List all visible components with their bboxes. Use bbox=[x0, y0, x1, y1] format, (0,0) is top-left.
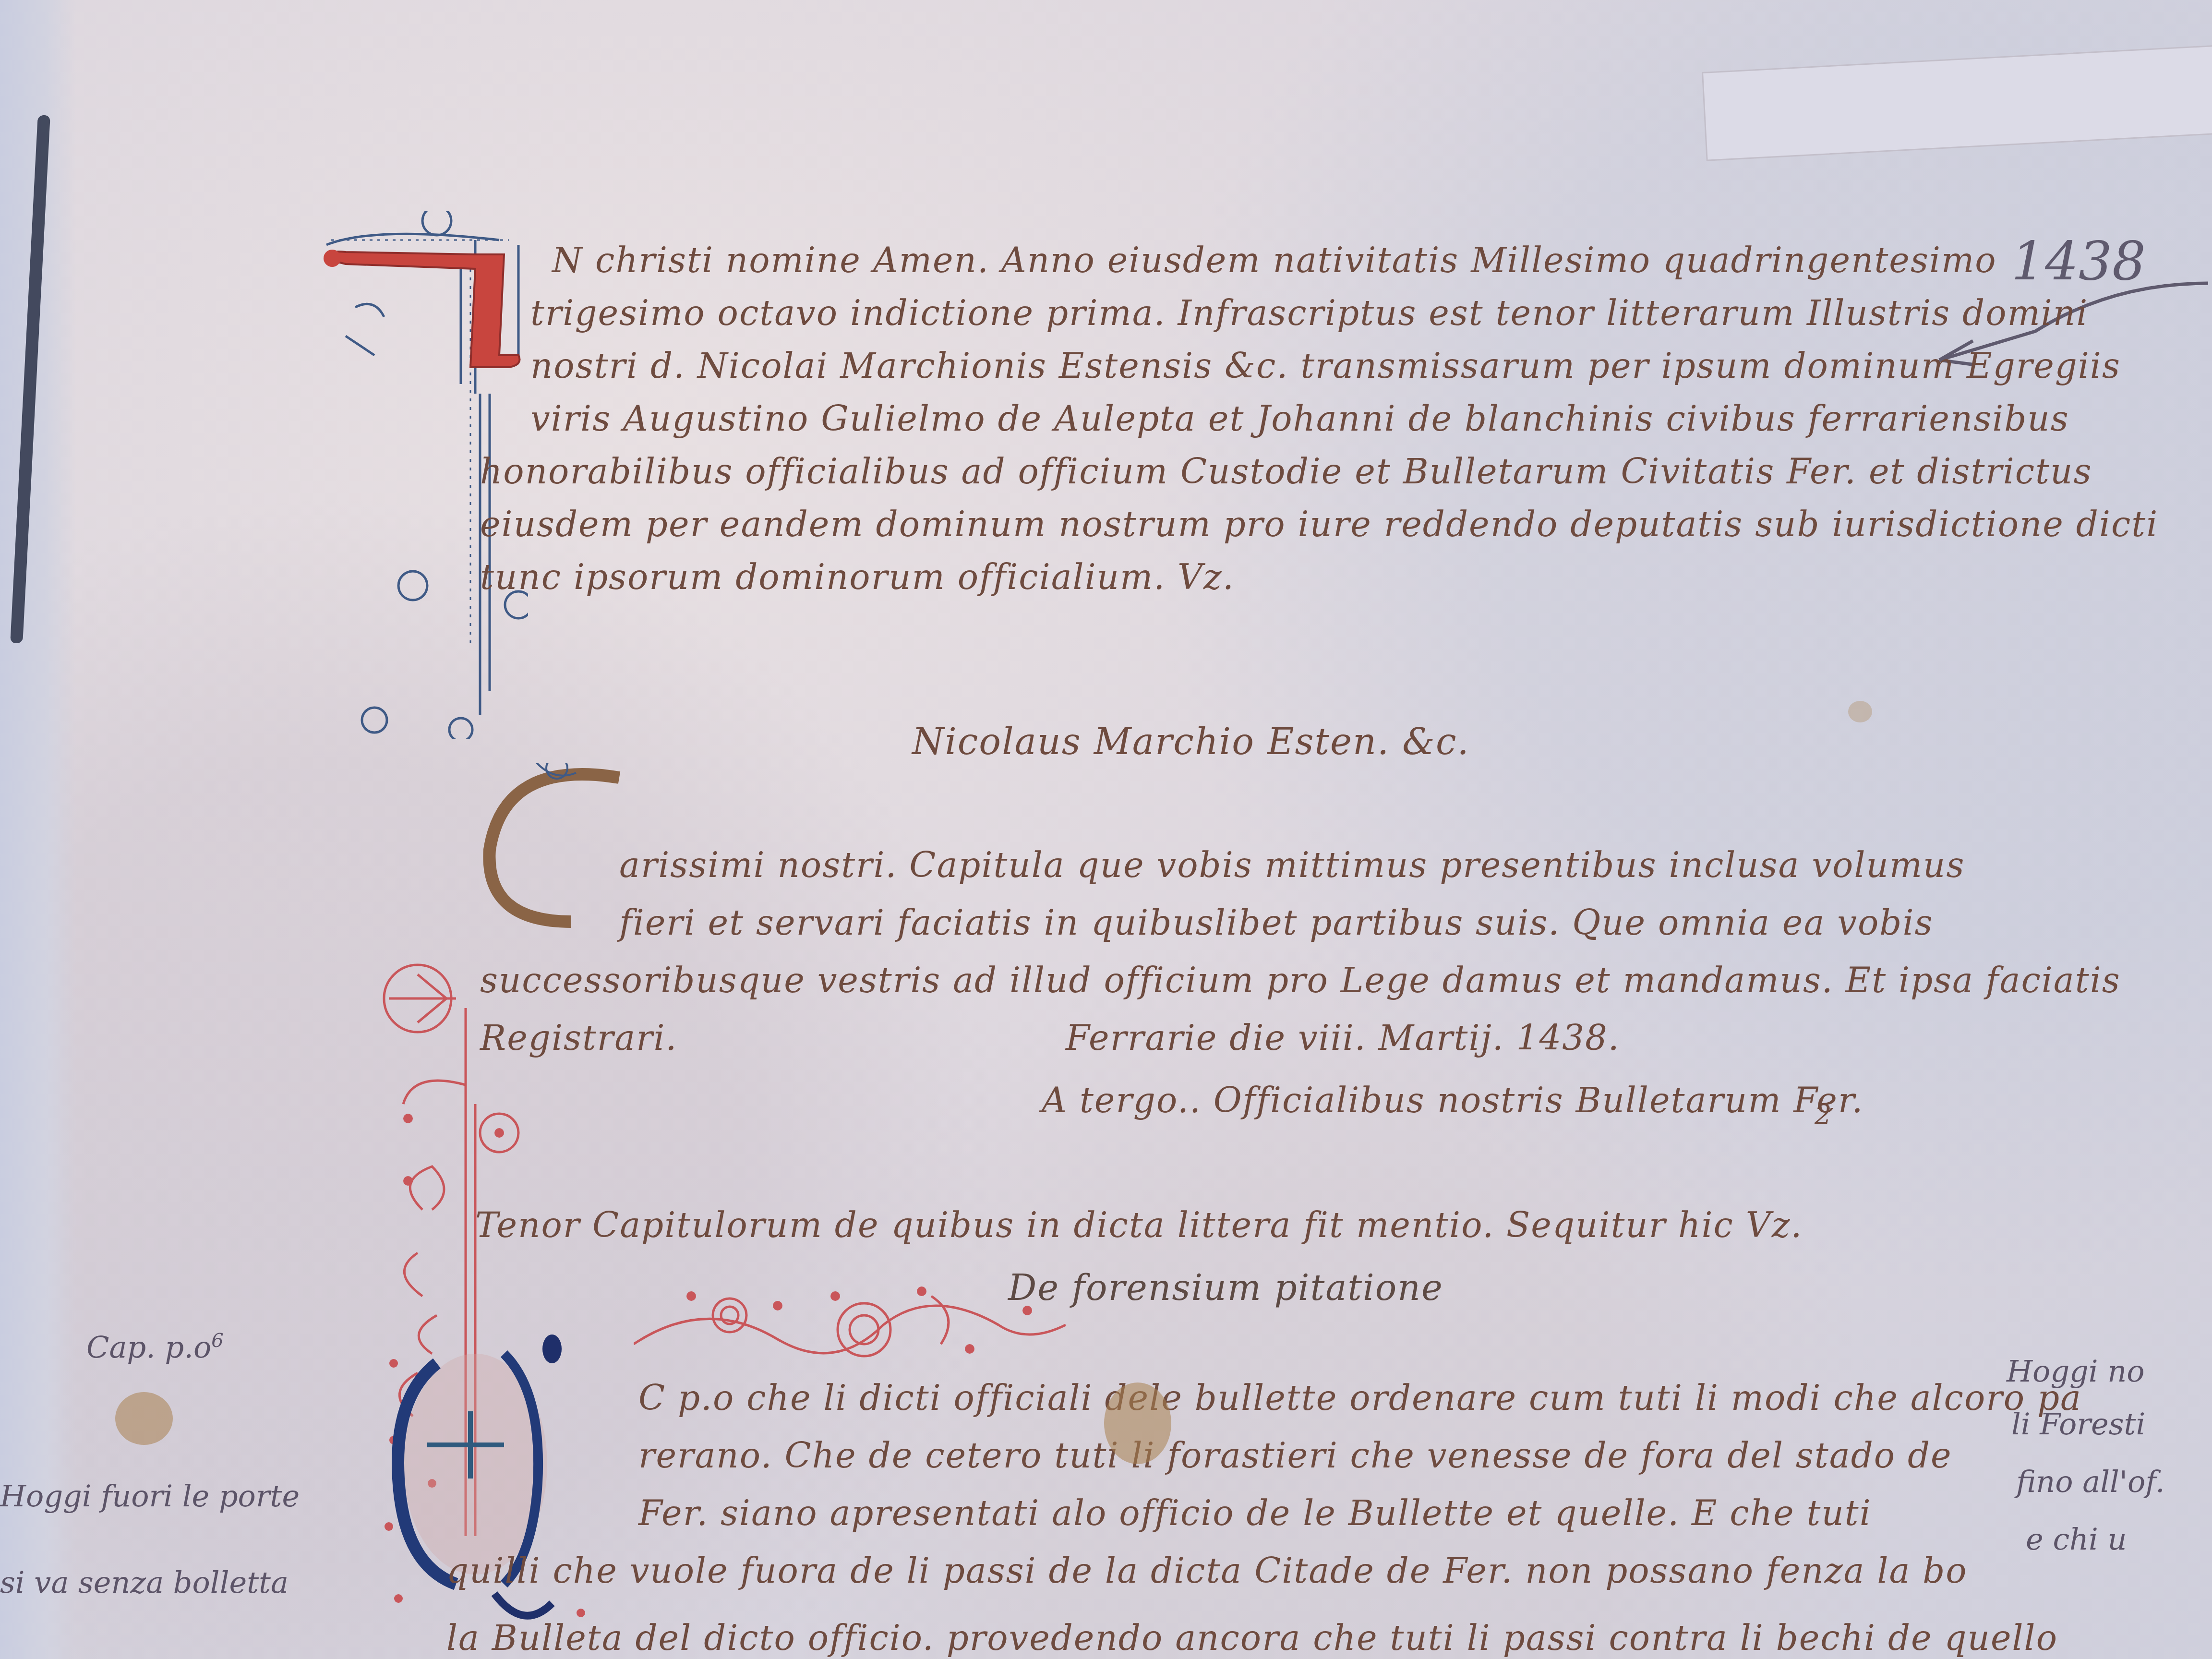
ink-stain bbox=[1104, 1382, 1171, 1464]
margin-note-line: Hoggi no bbox=[2007, 1354, 2145, 1389]
text-line: nostri d. Nicolai Marchionis Estensis &c… bbox=[530, 346, 2121, 386]
margin-note-line: e chi u bbox=[2026, 1522, 2127, 1557]
margin-chapter-sup: 6 bbox=[211, 1330, 223, 1352]
address-mark: 2 bbox=[1815, 1099, 1833, 1130]
date-line: Ferrarie die viii. Martij. 1438. bbox=[1066, 1018, 1620, 1058]
margin-note-line: si va senza bolletta bbox=[0, 1565, 289, 1600]
margin-chapter-label: Cap. p.o bbox=[86, 1330, 211, 1365]
text-line: successoribusque vestris ad illud offici… bbox=[480, 960, 2121, 1000]
margin-chapter-note: Cap. p.o6 bbox=[86, 1330, 224, 1365]
text-line: eiusdem per eandem dominum nostrum pro i… bbox=[480, 504, 2158, 544]
letter-heading: Nicolaus Marchio Esten. &c. bbox=[912, 720, 1470, 763]
chapter-rubric: De forensium pitatione bbox=[1008, 1267, 1443, 1309]
text-line: quilli che vuole fuora de li passi de la… bbox=[446, 1551, 1968, 1591]
text-line: arissimi nostri. Capitula que vobis mitt… bbox=[619, 845, 1965, 885]
text-line: fieri et servari faciatis in quibuslibet… bbox=[619, 902, 1933, 943]
text-line: viris Augustino Gulielmo de Aulepta et J… bbox=[530, 398, 2069, 439]
margin-note-line: li Foresti bbox=[2011, 1407, 2145, 1442]
paper-strip bbox=[1702, 45, 2212, 161]
manuscript-page: 1438 N christi nomine Amen. Anno eiusdem… bbox=[0, 0, 2212, 1659]
text-line: Fer. siano apresentati alo officio de le… bbox=[638, 1493, 1872, 1533]
address-line: A tergo.. Officialibus nostris Bulletaru… bbox=[1042, 1080, 1863, 1120]
text-line: rerano. Che de cetero tuti li forastieri… bbox=[638, 1435, 1952, 1476]
text-line: C p.o che li dicti officiali dele bullet… bbox=[638, 1378, 2082, 1418]
text-line: N christi nomine Amen. Anno eiusdem nati… bbox=[552, 240, 1997, 280]
text-line: la Bulleta del dicto officio. provedendo… bbox=[446, 1618, 2058, 1658]
text-line: tunc ipsorum dominorum officialium. Vz. bbox=[480, 557, 1235, 597]
tenor-line: Tenor Capitulorum de quibus in dicta lit… bbox=[475, 1205, 1803, 1245]
initial-c-icon bbox=[475, 763, 629, 936]
wax-stain bbox=[115, 1392, 173, 1445]
text-line: trigesimo octavo indictione prima. Infra… bbox=[530, 293, 2088, 333]
red-scroll-ornament-icon bbox=[634, 1267, 1066, 1392]
margin-note-line: fino all'of. bbox=[2016, 1464, 2165, 1499]
spot-stain bbox=[1848, 701, 1872, 722]
text-line: honorabilibus officialibus ad officium C… bbox=[480, 451, 2092, 492]
margin-note-line: Hoggi fuori le porte bbox=[0, 1479, 300, 1514]
